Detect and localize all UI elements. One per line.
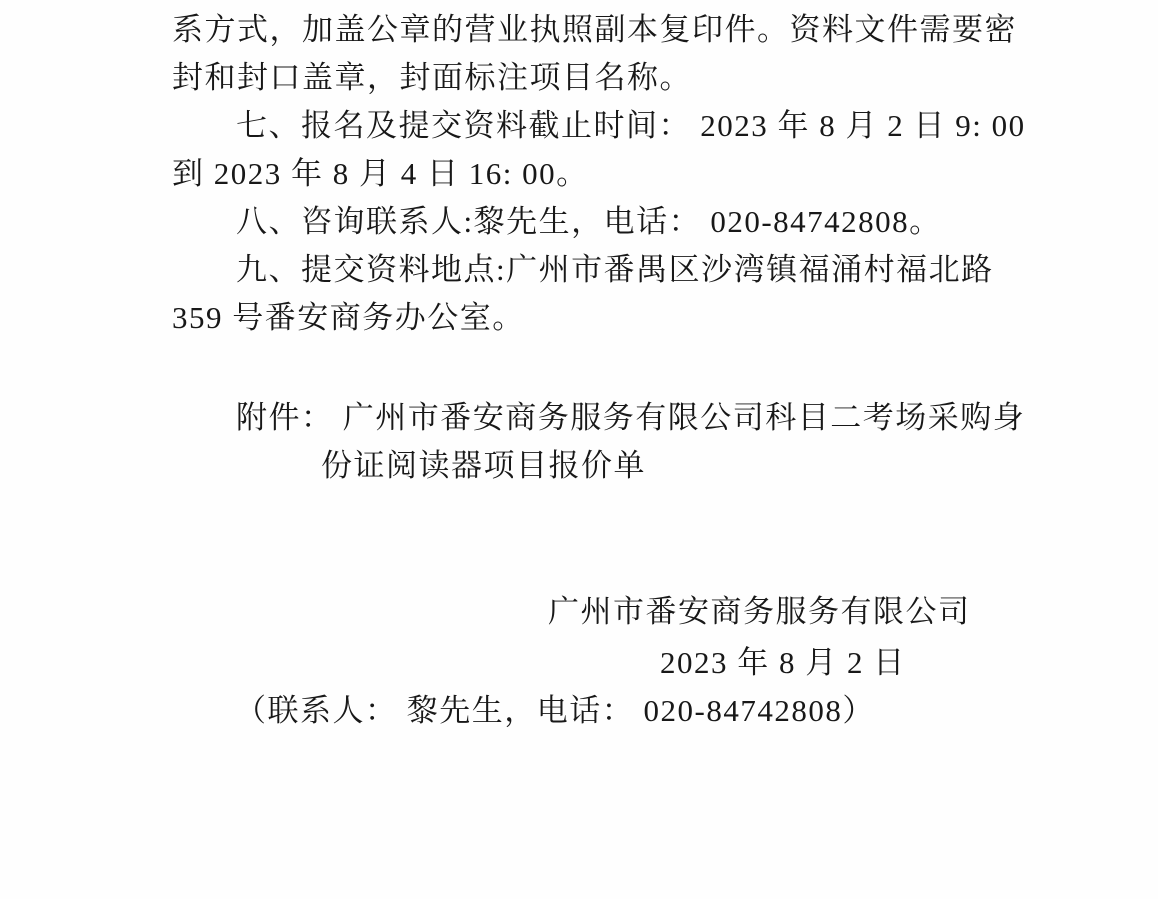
item-nine-submission-address-continuation: 359 号番安商务办公室。	[172, 294, 992, 342]
document-content: 系方式，加盖公章的营业执照副本复印件。资料文件需要密 封和封口盖章，封面标注项目…	[172, 6, 992, 735]
item-seven-deadline-continuation: 到 2023 年 8 月 4 日 16: 00。	[172, 150, 992, 198]
item-eight-contact-person: 八、咨询联系人:黎先生，电话： 020-84742808。	[172, 198, 992, 246]
signature-contact-info: （联系人： 黎先生，电话： 020-84742808）	[172, 687, 992, 735]
paragraph-continuation-line-2: 封和封口盖章，封面标注项目名称。	[172, 54, 992, 102]
item-nine-submission-address: 九、提交资料地点:广州市番禺区沙湾镇福涌村福北路	[172, 246, 992, 294]
signature-company-name: 广州市番安商务服务有限公司	[172, 588, 992, 636]
paragraph-continuation-line-1: 系方式，加盖公章的营业执照副本复印件。资料文件需要密	[172, 6, 992, 54]
item-seven-deadline: 七、报名及提交资料截止时间： 2023 年 8 月 2 日 9: 00	[172, 102, 992, 150]
attachment-title-line-2: 份证阅读器项目报价单	[172, 442, 992, 490]
signature-date: 2023 年 8 月 2 日	[172, 639, 992, 687]
attachment-title-line-1: 附件： 广州市番安商务服务有限公司科目二考场采购身	[172, 394, 992, 442]
attachment-title-text: 广州市番安商务服务有限公司科目二考场采购身	[343, 400, 1026, 435]
attachment-label: 附件：	[236, 400, 343, 435]
document-page: 系方式，加盖公章的营业执照副本复印件。资料文件需要密 封和封口盖章，封面标注项目…	[0, 0, 1158, 899]
